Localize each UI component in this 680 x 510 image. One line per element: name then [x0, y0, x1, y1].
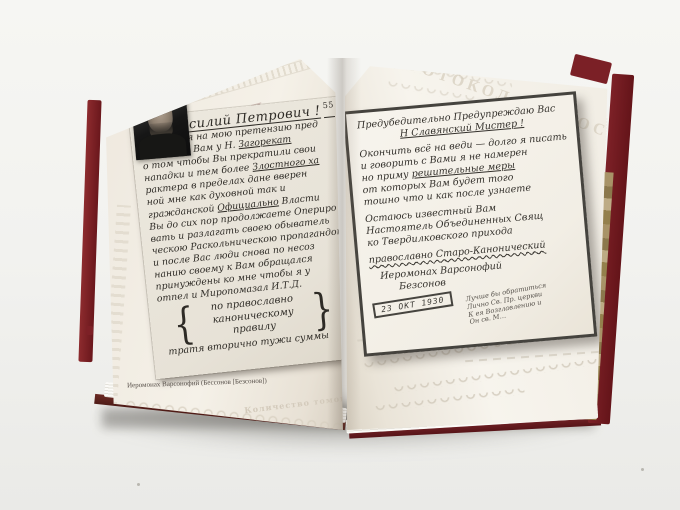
- right-page: ПРОТОКОЛ ДОПРОСА Предубедительно Предупр…: [345, 55, 610, 430]
- left-page: . С. О. О. Р. Н. К. В. Д. Количество том…: [96, 55, 348, 430]
- dust-speck: [137, 483, 140, 486]
- portrait-photo: [130, 84, 191, 161]
- book-cover-left-dot: [86, 326, 93, 335]
- photo-of-open-book: . С. О. О. Р. Н. К. В. Д. Количество том…: [0, 0, 680, 510]
- faint-handwriting-squiggle: [394, 355, 628, 394]
- dust-speck: [641, 468, 644, 471]
- vertical-ornament-band: [103, 205, 131, 405]
- margin-note: Лучше бы обратиться Лично Св. Пр. церкви…: [465, 282, 551, 327]
- book-gutter-shadow: [327, 58, 361, 430]
- portrait-shoulders: [138, 132, 187, 160]
- portrait-hair: [148, 94, 170, 107]
- watermark-soor-letters: . С. О. О. Р.: [160, 86, 227, 111]
- manuscript-right-letter: Предубедительно Предупреждаю Вас Н Славя…: [343, 91, 598, 356]
- book-cover-top-right-corner: [570, 54, 612, 85]
- book-cover-left-edge: [78, 100, 101, 362]
- date-stamp: 23 ОКТ 1930: [372, 291, 453, 318]
